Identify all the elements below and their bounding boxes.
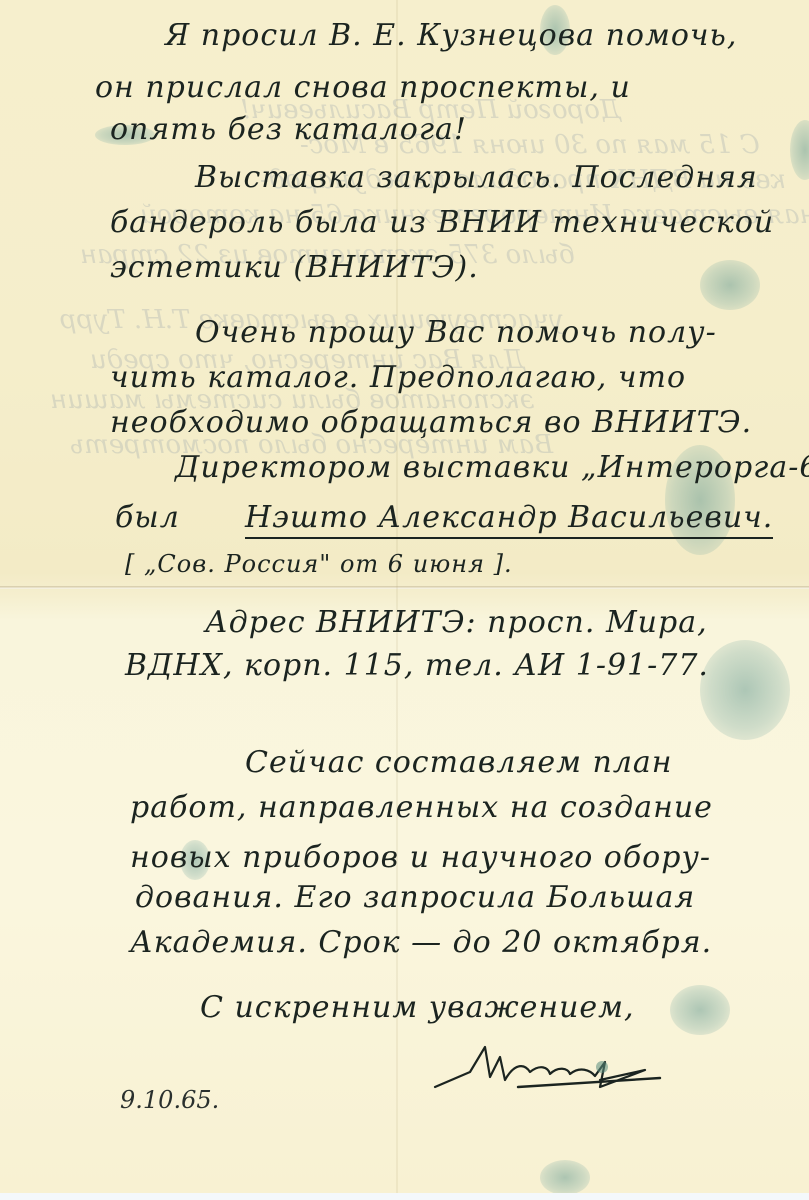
- ink-stain: [670, 985, 730, 1035]
- letter-line: он прислал снова проспекты, и: [95, 70, 631, 105]
- letter-line: бандероль была из ВНИИ технической: [110, 205, 774, 240]
- letter-line: Академия. Срок — до 20 октября.: [130, 925, 712, 960]
- director-name: Нэшто Александр Васильевич.: [245, 500, 773, 539]
- signature-scribble: [430, 1042, 670, 1092]
- paper-fold-horizontal: [0, 586, 809, 589]
- letter-line: Сейчас составляем план: [245, 745, 673, 780]
- letter-line: Адрес ВНИИТЭ: просп. Мира,: [205, 605, 708, 640]
- letter-line: опять без каталога!: [110, 112, 467, 147]
- letter-line: Выставка закрылась. Последняя: [195, 160, 758, 195]
- letter-line: дования. Его запросила Большая: [135, 880, 695, 915]
- closing-line: С искренним уважением,: [200, 990, 635, 1025]
- scan-margin: [0, 1193, 809, 1200]
- ink-stain: [790, 120, 809, 180]
- letter-line: Я просил В. Е. Кузнецова помочь,: [165, 18, 737, 53]
- letter-line: Директором выставки „Интерорга-65": [175, 450, 809, 485]
- letter-line: работ, направленных на создание: [130, 790, 713, 825]
- letter-line: новых приборов и научного обору-: [130, 840, 711, 875]
- letter-line: эстетики (ВНИИТЭ).: [110, 250, 479, 285]
- letter-line: Очень прошу Вас помочь полу-: [195, 315, 717, 350]
- letter-line: ВДНХ, корп. 115, тел. АИ 1-91-77.: [125, 648, 709, 683]
- letter-paper: Дорогой Петр Васильевич! С 15 мая по 30 …: [0, 0, 809, 1193]
- ink-stain: [700, 640, 790, 740]
- letter-line: был: [115, 500, 180, 535]
- letter-line: чить каталог. Предполагаю, что: [110, 360, 686, 395]
- ink-stain: [700, 260, 760, 310]
- ink-stain: [540, 1160, 590, 1193]
- letter-date: 9.10.65.: [120, 1086, 219, 1114]
- letter-line: [ „Сов. Россия" от 6 июня ].: [125, 550, 513, 578]
- letter-line: необходимо обращаться во ВНИИТЭ.: [110, 405, 752, 440]
